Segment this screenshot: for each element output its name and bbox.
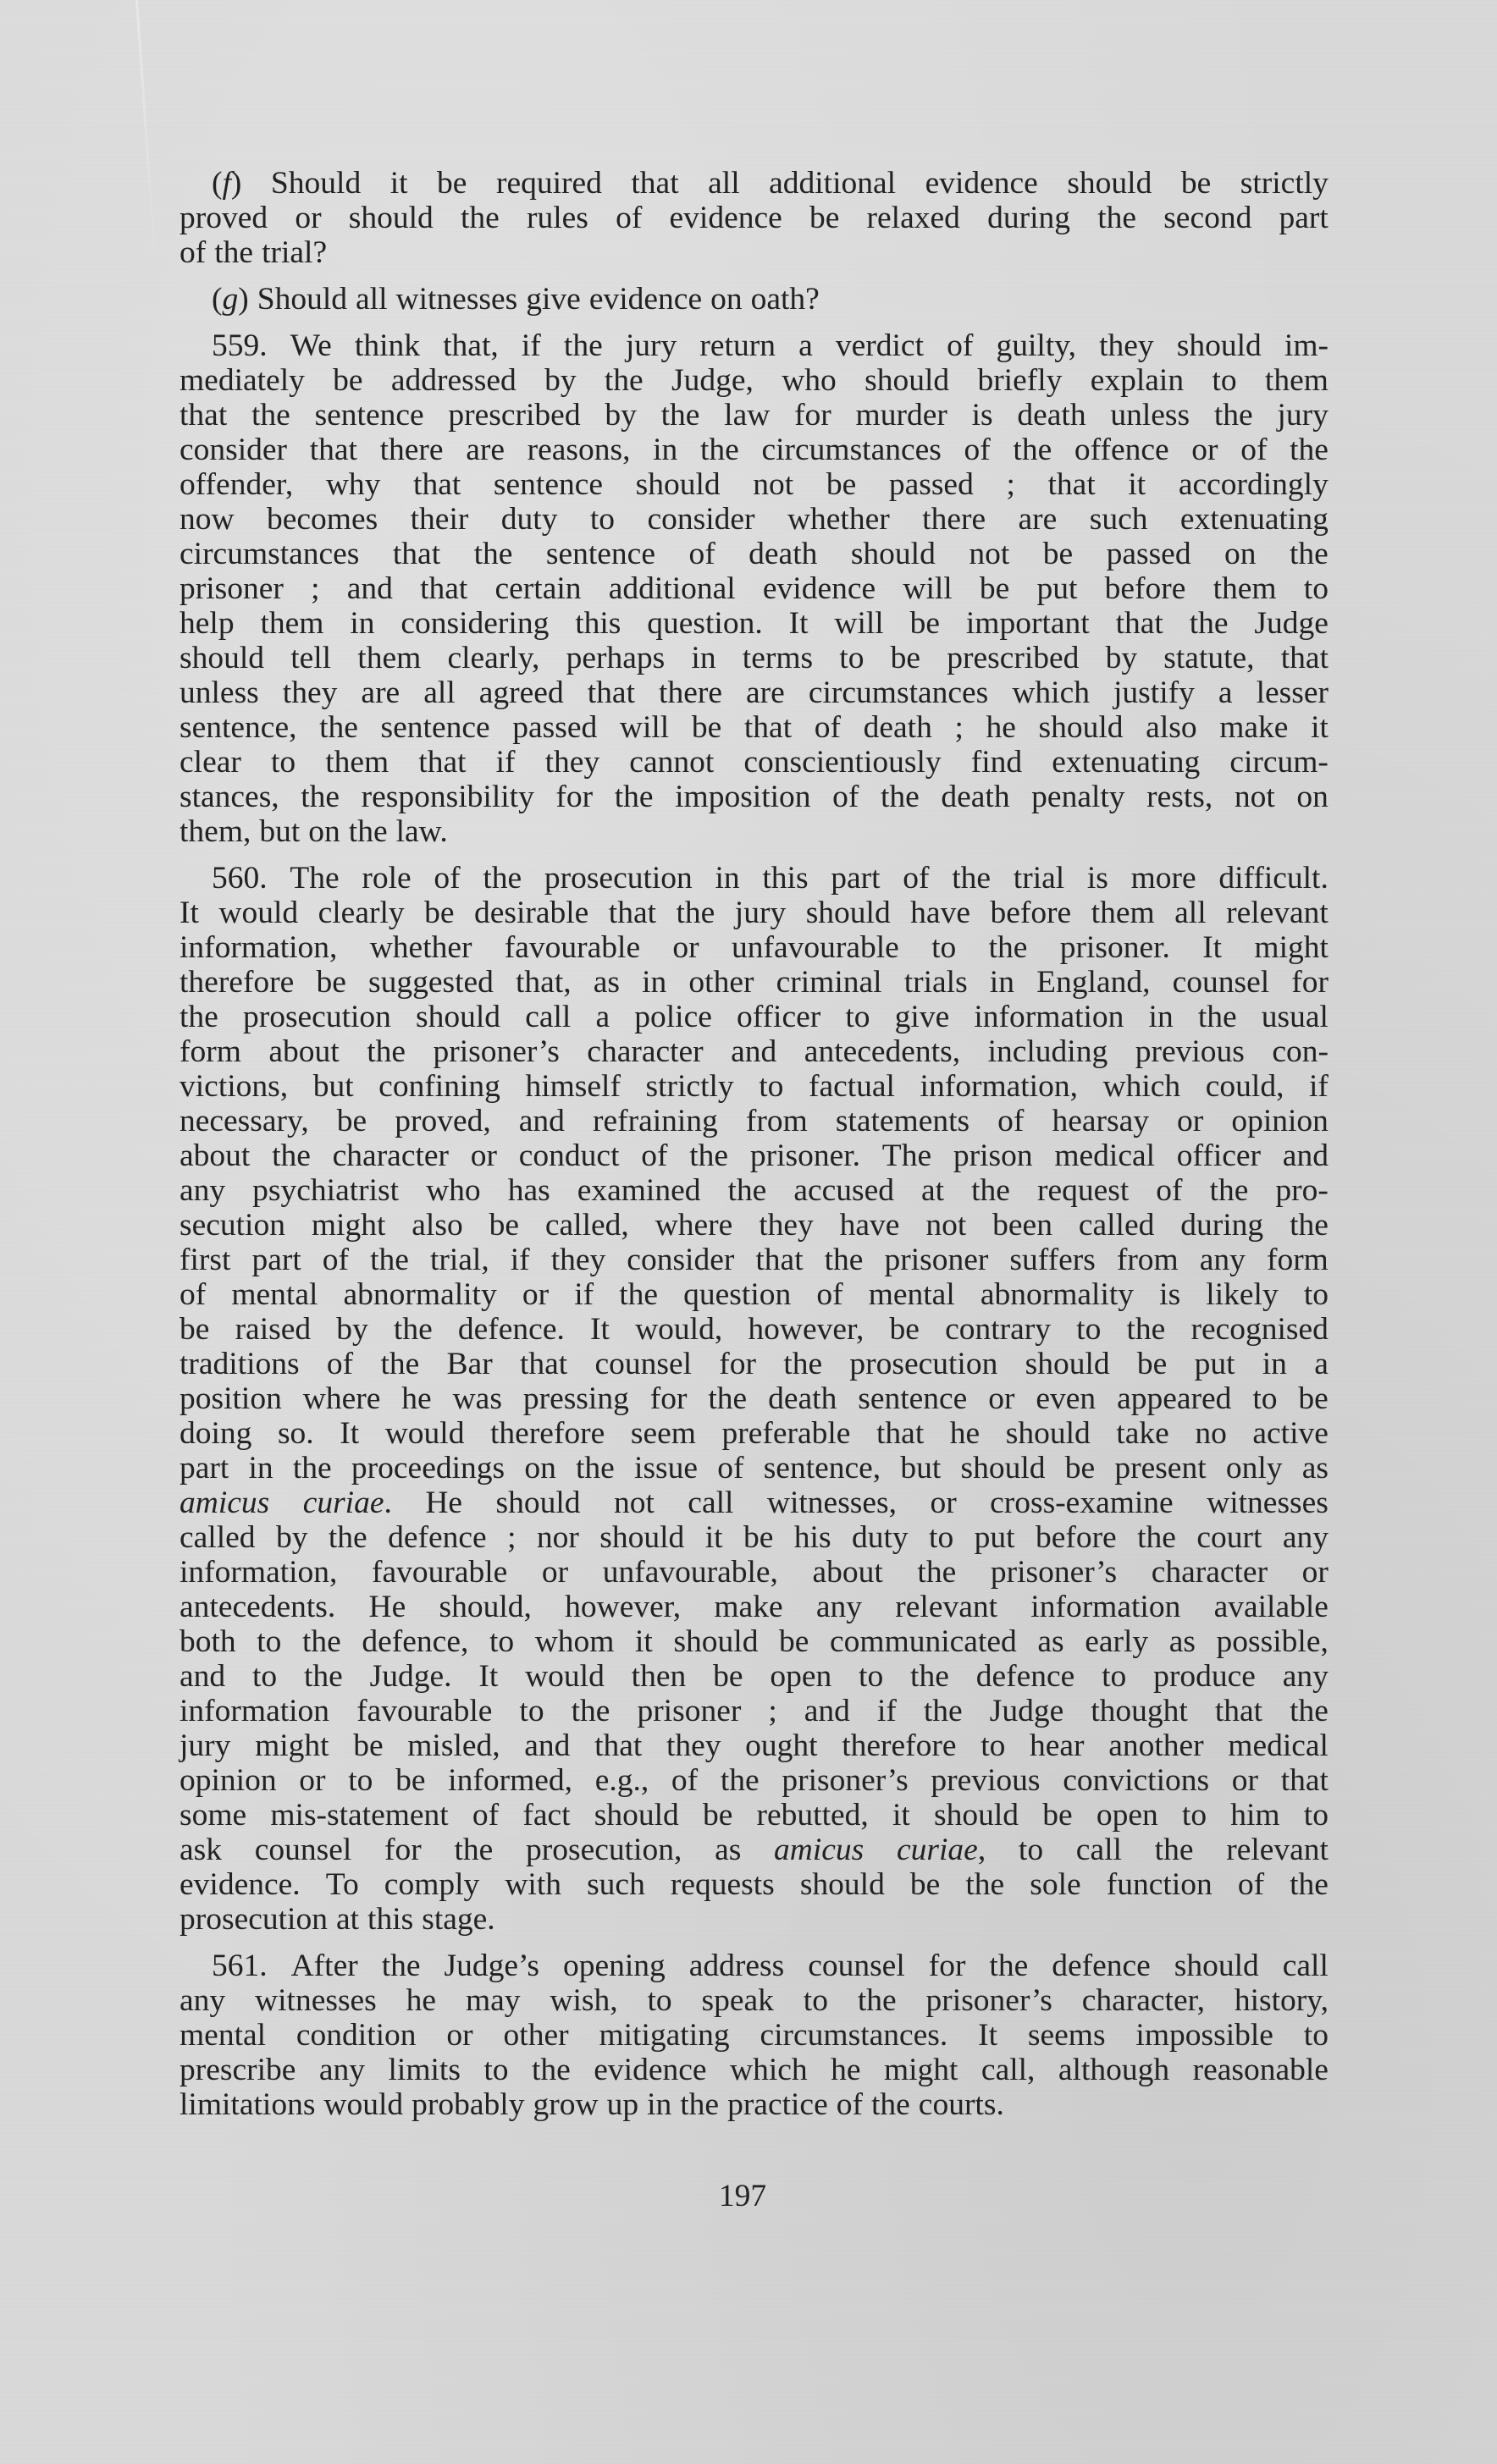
text-line: bothtothedefence,towhomitshouldbecommuni… (180, 1624, 1329, 1659)
text-line: jurymightbemisled,andthattheyoughttheref… (180, 1728, 1329, 1763)
text-line: (f)Shoulditberequiredthatalladditionalev… (180, 166, 1329, 201)
text-line: 561.AftertheJudge’sopeningaddresscounsel… (180, 1949, 1329, 1983)
text-line: askcounselfortheprosecution,asamicuscuri… (180, 1833, 1329, 1867)
text-line: Itwouldclearlybedesirablethatthejuryshou… (180, 896, 1329, 930)
text-line: helptheminconsideringthisquestion.Itwill… (180, 606, 1329, 641)
text-line: anywitnesseshemaywish,tospeaktotheprison… (180, 1983, 1329, 2018)
question-g: (g)Shouldallwitnessesgiveevidenceonoath? (180, 282, 1329, 317)
text-line: 560.Theroleoftheprosecutioninthispartoft… (180, 861, 1329, 896)
text-line: ofthetrial? (180, 235, 1329, 270)
text-line: ofmentalabnormalityorifthequestionofment… (180, 1277, 1329, 1312)
text-line: thatthesentenceprescribedbythelawformurd… (180, 398, 1329, 433)
text-line: prescribeanylimitstotheevidencewhichhemi… (180, 2053, 1329, 2087)
text-line: formabouttheprisoner’scharacterandantece… (180, 1034, 1329, 1069)
text-line: opinionortobeinformed,e.g.,oftheprisoner… (180, 1763, 1329, 1798)
paper-crease (135, 0, 157, 270)
text-line: them,butonthelaw. (180, 814, 1329, 849)
text-line: firstpartofthetrial,iftheyconsiderthatth… (180, 1243, 1329, 1277)
text-line: sentence,thesentencepassedwillbethatofde… (180, 710, 1329, 745)
text-line: cleartothemthatiftheycannotconscientious… (180, 745, 1329, 780)
body-text: (f)Shoulditberequiredthatalladditionalev… (180, 166, 1329, 2122)
text-line: traditionsoftheBarthatcounselfortheprose… (180, 1347, 1329, 1381)
text-line: calledbythedefence;norshoulditbehisdutyt… (180, 1520, 1329, 1555)
text-line: theprosecutionshouldcallapoliceofficerto… (180, 1000, 1329, 1034)
text-line: 559.Wethinkthat,ifthejuryreturnaverdicto… (180, 328, 1329, 363)
text-line: provedorshouldtherulesofevidenceberelaxe… (180, 201, 1329, 235)
text-line: information,whetherfavourableorunfavoura… (180, 930, 1329, 965)
text-line: andtotheJudge.Itwouldthenbeopentothedefe… (180, 1659, 1329, 1694)
text-line: somemis-statementoffactshouldberebutted,… (180, 1798, 1329, 1833)
question-f: (f)Shoulditberequiredthatalladditionalev… (180, 166, 1329, 270)
text-line: (g)Shouldallwitnessesgiveevidenceonoath? (180, 282, 1329, 317)
scanned-book-page: (f)Shoulditberequiredthatalladditionalev… (0, 0, 1497, 2464)
text-line: antecedents.Heshould,however,makeanyrele… (180, 1590, 1329, 1624)
text-line: necessary,beproved,andrefrainingfromstat… (180, 1104, 1329, 1138)
text-line: unlesstheyareallagreedthattherearecircum… (180, 675, 1329, 710)
page-number: 197 (0, 2179, 1497, 2213)
text-line: doingso.Itwouldthereforeseempreferableth… (180, 1416, 1329, 1451)
text-line: thereforebesuggestedthat,asinothercrimin… (180, 965, 1329, 1000)
text-line: information,favourableorunfavourable,abo… (180, 1555, 1329, 1590)
text-line: considerthattherearereasons,inthecircums… (180, 433, 1329, 467)
text-line: beraisedbythedefence.Itwould,however,bec… (180, 1312, 1329, 1347)
paragraph-561: 561.AftertheJudge’sopeningaddresscounsel… (180, 1949, 1329, 2122)
text-line: mentalconditionorothermitigatingcircumst… (180, 2018, 1329, 2053)
text-line: prisoner;andthatcertainadditionalevidenc… (180, 571, 1329, 606)
text-line: limitationswouldprobablygrowupinthepract… (180, 2087, 1329, 2122)
text-line: evidence.Tocomplywithsuchrequestsshouldb… (180, 1867, 1329, 1902)
paragraph-560: 560.Theroleoftheprosecutioninthispartoft… (180, 861, 1329, 1937)
text-line: nowbecomestheirdutytoconsiderwhetherther… (180, 502, 1329, 537)
text-line: aboutthecharacterorconductoftheprisoner.… (180, 1138, 1329, 1173)
text-line: positionwherehewaspressingforthedeathsen… (180, 1381, 1329, 1416)
text-line: prosecutionatthisstage. (180, 1902, 1329, 1937)
text-line: informationfavourabletotheprisoner;andif… (180, 1694, 1329, 1728)
text-line: offender,whythatsentenceshouldnotbepasse… (180, 467, 1329, 502)
text-line: stances,theresponsibilityfortheimpositio… (180, 780, 1329, 814)
text-line: mediatelybeaddressedbytheJudge,whoshould… (180, 363, 1329, 398)
text-line: victions,butconfininghimselfstrictlytofa… (180, 1069, 1329, 1104)
text-line: partintheproceedingsontheissueofsentence… (180, 1451, 1329, 1486)
text-line: secutionmightalsobecalled,wheretheyhaven… (180, 1208, 1329, 1243)
paragraph-559: 559.Wethinkthat,ifthejuryreturnaverdicto… (180, 328, 1329, 849)
text-line: circumstancesthatthesentenceofdeathshoul… (180, 537, 1329, 571)
text-line: shouldtellthemclearly,perhapsintermstobe… (180, 641, 1329, 675)
text-line: amicuscuriae.Heshouldnotcallwitnesses,or… (180, 1486, 1329, 1520)
text-line: anypsychiatristwhohasexaminedtheaccuseda… (180, 1173, 1329, 1208)
